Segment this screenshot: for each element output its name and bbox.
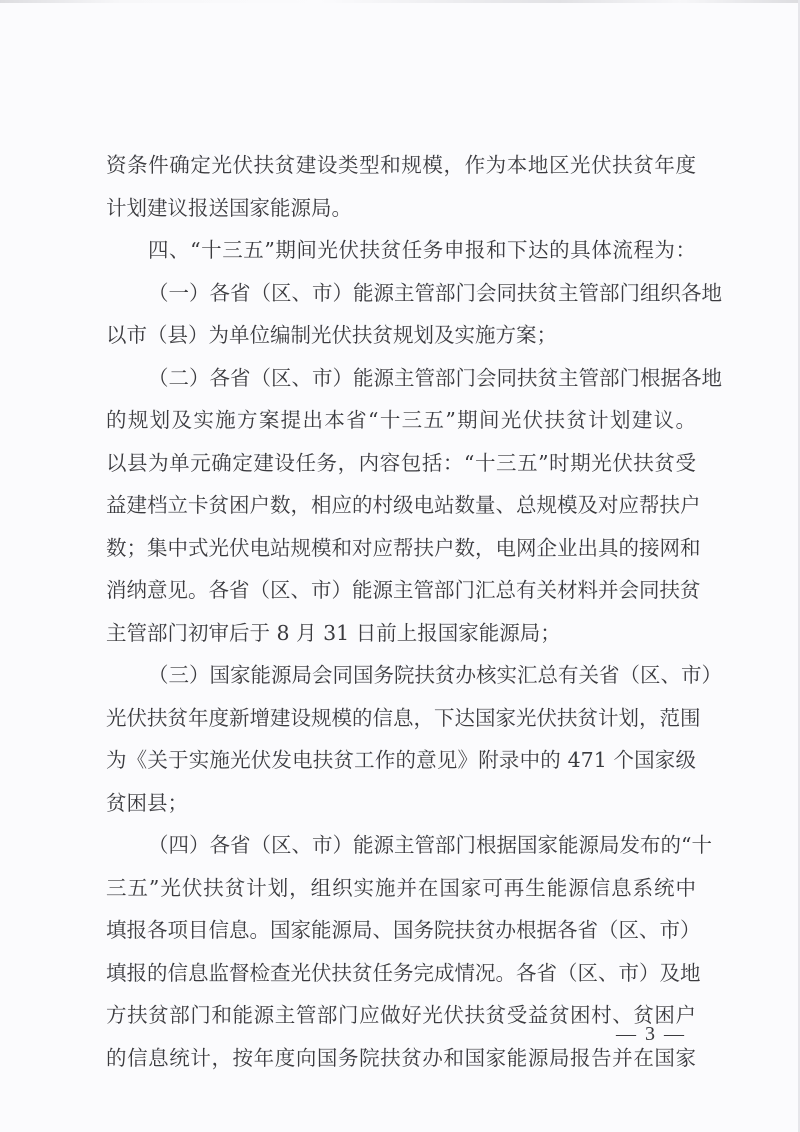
- section-heading-four: 四、“十三五”期间光伏扶贫任务申报和下达的具体流程为：: [106, 233, 696, 276]
- text-line: 为《关于实施光伏发电扶贫工作的意见》附录中的 471 个国家级: [106, 743, 696, 786]
- text-line: 贫困县；: [106, 786, 696, 829]
- text-line: 以市（县）为单位编制光伏扶贫规划及实施方案；: [106, 318, 696, 361]
- text-line: 光伏扶贫年度新增建设规模的信息，下达国家光伏扶贫计划，范围: [106, 701, 696, 744]
- text-line: 的规划及实施方案提出本省“十三五”期间光伏扶贫计划建议。: [106, 403, 696, 446]
- text-line: 消纳意见。各省（区、市）能源主管部门汇总有关材料并会同扶贫: [106, 573, 696, 616]
- scan-top-edge: [0, 0, 800, 3]
- item-four-line: （四）各省（区、市）能源主管部门根据国家能源局发布的“十: [106, 828, 696, 871]
- item-one-line: （一）各省（区、市）能源主管部门会同扶贫主管部门组织各地: [106, 276, 696, 319]
- text-line: 三五”光伏扶贫计划，组织实施并在国家可再生能源信息系统中: [106, 871, 696, 914]
- text-line: 计划建议报送国家能源局。: [106, 191, 696, 234]
- text-line: 益建档立卡贫困户数，相应的村级电站数量、总规模及对应帮扶户: [106, 488, 696, 531]
- text-line: 填报的信息监督检查光伏扶贫任务完成情况。各省（区、市）及地: [106, 956, 696, 999]
- text-line: 方扶贫部门和能源主管部门应做好光伏扶贫受益贫困村、贫困户: [106, 998, 696, 1041]
- text-line: 以县为单元确定建设任务，内容包括：“十三五”时期光伏扶贫受: [106, 446, 696, 489]
- document-body: 资条件确定光伏扶贫建设类型和规模，作为本地区光伏扶贫年度 计划建议报送国家能源局…: [106, 148, 696, 1083]
- item-three-line: （三）国家能源局会同国务院扶贫办核实汇总有关省（区、市）: [106, 658, 696, 701]
- text-line: 数；集中式光伏电站规模和对应帮扶户数，电网企业出具的接网和: [106, 531, 696, 574]
- text-line: 填报各项目信息。国家能源局、国务院扶贫办根据各省（区、市）: [106, 913, 696, 956]
- text-line: 的信息统计，按年度向国务院扶贫办和国家能源局报告并在国家: [106, 1041, 696, 1084]
- text-line: 资条件确定光伏扶贫建设类型和规模，作为本地区光伏扶贫年度: [106, 148, 696, 191]
- text-line: 主管部门初审后于 8 月 31 日前上报国家能源局；: [106, 616, 696, 659]
- page-number: — 3 —: [616, 1023, 686, 1046]
- item-two-line: （二）各省（区、市）能源主管部门会同扶贫主管部门根据各地: [106, 361, 696, 404]
